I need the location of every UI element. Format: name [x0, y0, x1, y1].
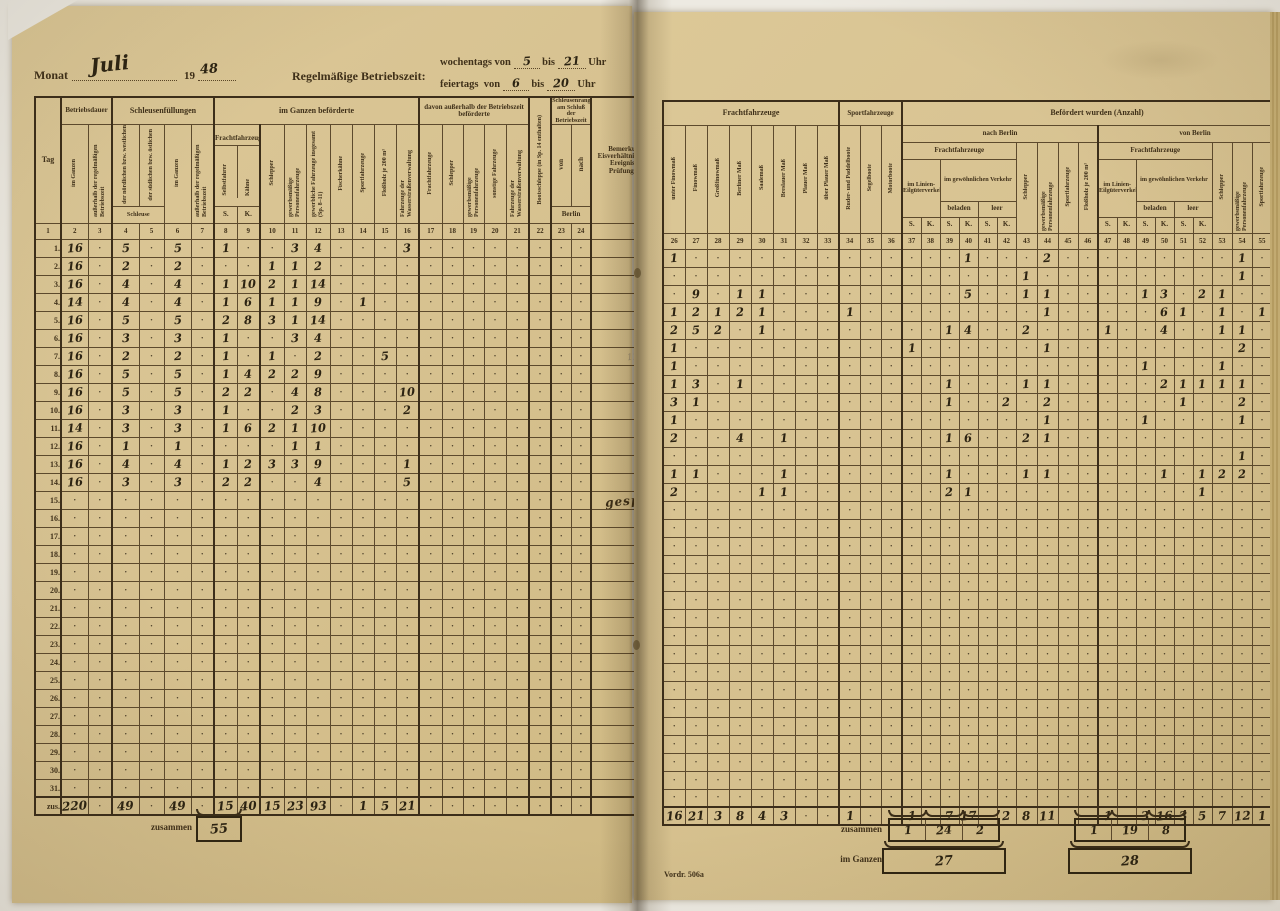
table-cell: · — [1193, 339, 1212, 357]
table-cell: 1 — [959, 483, 978, 501]
handwritten-value: · — [429, 495, 432, 505]
table-cell: · — [773, 375, 795, 393]
table-cell: · — [112, 509, 139, 527]
col-header-betrieb-im-ganzen: im Ganzen — [61, 125, 88, 224]
subgroup-von-fracht: Frachtfahrzeuge — [1098, 142, 1212, 159]
table-cell: · — [88, 419, 112, 437]
handwritten-value: · — [1125, 595, 1128, 605]
handwritten-value: · — [760, 541, 763, 551]
table-cell: · — [396, 257, 419, 275]
table-cell: · — [860, 249, 881, 267]
handwritten-value: · — [1182, 775, 1185, 785]
table-cell: · — [164, 563, 191, 581]
table-cell: · — [237, 545, 260, 563]
handwritten-value: · — [1005, 415, 1008, 425]
table-cell: 1 — [352, 293, 374, 311]
handwritten-value: · — [804, 253, 807, 263]
handwritten-value: · — [948, 792, 951, 802]
handwritten-value: 1 — [1141, 287, 1150, 302]
handwritten-value: 4 — [314, 241, 323, 256]
table-cell: · — [729, 699, 751, 717]
table-cell: · — [484, 347, 506, 365]
handwritten-value: · — [1066, 271, 1069, 281]
handwritten-value: · — [176, 495, 179, 505]
table-cell: · — [551, 491, 571, 509]
handwritten-value: · — [1046, 325, 1049, 335]
table-cell: 2 — [707, 321, 729, 339]
table-cell: 10 — [237, 275, 260, 293]
table-cell: · — [506, 347, 529, 365]
handwritten-value: · — [516, 369, 519, 379]
column-number: 48 — [1117, 233, 1136, 249]
handwritten-value: · — [429, 621, 432, 631]
handwritten-value: · — [317, 711, 320, 721]
table-cell: · — [396, 617, 419, 635]
handwritten-value: · — [1240, 721, 1243, 731]
table-cell: 1 — [1037, 303, 1058, 321]
table-cell: · — [419, 797, 442, 815]
handwritten-value: · — [516, 801, 519, 811]
handwritten-value: · — [673, 792, 676, 802]
handwritten-value: · — [247, 549, 250, 559]
table-cell: · — [374, 743, 396, 761]
handwritten-value: · — [826, 307, 829, 317]
handwritten-value: · — [340, 783, 343, 793]
handwritten-value: · — [201, 603, 204, 613]
table-row: 26.························ — [35, 689, 683, 707]
table-cell: · — [484, 365, 506, 383]
table-cell: · — [551, 455, 571, 473]
table-cell: · — [751, 627, 773, 645]
von-im-ganzen-value: 28 — [1120, 853, 1139, 869]
table-cell: · — [1252, 771, 1272, 789]
table-cell: · — [1058, 627, 1078, 645]
handwritten-value: · — [1025, 685, 1028, 695]
handwritten-value: · — [150, 567, 153, 577]
table-row: ······························· — [663, 501, 1280, 519]
table-cell: · — [1117, 267, 1136, 285]
sum-brace-sk — [196, 809, 242, 816]
table-cell: · — [860, 339, 881, 357]
handwritten-value: 1 — [1238, 413, 1247, 428]
table-cell: · — [1252, 699, 1272, 717]
handwritten-value: 2 — [1160, 377, 1169, 392]
table-cell: · — [112, 689, 139, 707]
table-cell: · — [959, 771, 978, 789]
handwritten-value: 3 — [268, 457, 277, 472]
table-cell: · — [902, 429, 921, 447]
handwritten-value: · — [986, 343, 989, 353]
handwritten-value: 2 — [1238, 467, 1247, 482]
table-cell: · — [1193, 753, 1212, 771]
table-cell: · — [685, 771, 707, 789]
table-cell: · — [1098, 591, 1117, 609]
table-cell: · — [663, 555, 685, 573]
table-cell: · — [1136, 771, 1155, 789]
handwritten-value: · — [340, 441, 343, 451]
von-label-2: von — [484, 79, 500, 90]
table-cell: · — [139, 401, 164, 419]
table-cell: · — [419, 419, 442, 437]
table-cell: · — [860, 717, 881, 735]
handwritten-value: · — [1144, 685, 1147, 695]
handwritten-value: · — [429, 279, 432, 289]
table-row: 1······················1···1··5 — [663, 357, 1280, 375]
table-row: ······························· — [663, 519, 1280, 537]
handwritten-value: 2 — [268, 367, 277, 382]
handwritten-value: · — [150, 693, 153, 703]
handwritten-value: · — [1125, 613, 1128, 623]
handwritten-value: · — [1260, 487, 1263, 497]
handwritten-value: · — [986, 613, 989, 623]
col-header-von-linienverkehr: im Linien-Eilgüterverkehr — [1098, 159, 1136, 217]
table-cell: · — [374, 509, 396, 527]
handwritten-value: · — [247, 765, 250, 775]
handwritten-value: · — [1163, 361, 1166, 371]
table-cell: · — [1174, 717, 1193, 735]
table-cell: 1 — [1016, 267, 1037, 285]
handwritten-value: · — [150, 549, 153, 559]
column-number: 43 — [1016, 233, 1037, 249]
table-cell: · — [1193, 555, 1212, 573]
handwritten-value: · — [98, 279, 101, 289]
table-cell: · — [729, 753, 751, 771]
scanned-logbook-photo: { "header": { "monat_label": "Monat", "m… — [0, 0, 1280, 911]
handwritten-value: 1 — [1179, 395, 1188, 410]
handwritten-value: · — [340, 495, 343, 505]
table-cell: · — [352, 437, 374, 455]
handwritten-value: · — [472, 621, 475, 631]
handwritten-value: · — [694, 487, 697, 497]
handwritten-value: · — [247, 657, 250, 667]
handwritten-value: · — [1066, 289, 1069, 299]
handwritten-value: · — [826, 289, 829, 299]
handwritten-value: 1 — [291, 277, 300, 292]
table-cell: · — [571, 545, 591, 563]
table-cell: · — [1037, 483, 1058, 501]
table-cell: · — [330, 509, 352, 527]
table-cell: · — [1212, 753, 1232, 771]
table-cell: · — [1193, 771, 1212, 789]
table-cell: 2 — [214, 473, 237, 491]
table-cell: · — [463, 509, 484, 527]
handwritten-value: · — [738, 451, 741, 461]
table-cell: 2 — [237, 455, 260, 473]
table-cell: · — [352, 401, 374, 419]
handwritten-value: · — [494, 477, 497, 487]
handwritten-value: · — [362, 693, 365, 703]
table-cell: · — [978, 411, 997, 429]
handwritten-value: · — [560, 603, 563, 613]
table-cell: · — [940, 303, 959, 321]
handwritten-value: · — [986, 307, 989, 317]
table-cell: · — [881, 699, 902, 717]
handwritten-value: 2 — [1218, 467, 1227, 482]
table-cell: · — [571, 527, 591, 545]
table-cell: · — [707, 465, 729, 483]
handwritten-value: · — [472, 711, 475, 721]
handwritten-value: · — [176, 693, 179, 703]
handwritten-value: · — [1005, 325, 1008, 335]
column-number: 10 — [260, 223, 284, 239]
table-cell: · — [396, 275, 419, 293]
handwritten-value: · — [948, 685, 951, 695]
table-cell: · — [352, 653, 374, 671]
table-row: 15.·······················gesperrt — [35, 491, 683, 509]
handwritten-value: · — [1240, 649, 1243, 659]
handwritten-value: · — [176, 675, 179, 685]
table-cell: · — [1193, 303, 1212, 321]
table-row: 17.························ — [35, 527, 683, 545]
handwritten-value: · — [472, 261, 475, 271]
handwritten-value: · — [910, 649, 913, 659]
table-cell: · — [396, 437, 419, 455]
table-cell: · — [284, 563, 306, 581]
table-cell: · — [1117, 735, 1136, 753]
table-cell: · — [707, 375, 729, 393]
handwritten-value: · — [929, 469, 932, 479]
handwritten-value: · — [826, 469, 829, 479]
handwritten-value: · — [716, 469, 719, 479]
table-cell: · — [959, 645, 978, 663]
handwritten-value: · — [472, 801, 475, 811]
table-cell: · — [506, 437, 529, 455]
handwritten-value: · — [804, 469, 807, 479]
handwritten-value: · — [317, 603, 320, 613]
handwritten-value: · — [1240, 775, 1243, 785]
table-cell: · — [529, 725, 551, 743]
handwritten-value: · — [224, 513, 227, 523]
handwritten-value: · — [986, 703, 989, 713]
handwritten-value: · — [869, 811, 872, 821]
table-cell: 1 — [773, 429, 795, 447]
table-cell: · — [484, 545, 506, 563]
handwritten-value: 1 — [758, 323, 767, 338]
table-row: 27.························ — [35, 707, 683, 725]
table-cell: · — [978, 303, 997, 321]
table-cell: · — [940, 249, 959, 267]
table-cell: 1 — [1136, 411, 1155, 429]
handwritten-value: · — [1125, 577, 1128, 587]
table-cell: · — [1174, 771, 1193, 789]
handwritten-value: · — [890, 307, 893, 317]
handwritten-value: · — [539, 531, 542, 541]
table-cell: · — [139, 581, 164, 599]
handwritten-value: · — [451, 639, 454, 649]
table-cell: · — [191, 617, 214, 635]
handwritten-value: · — [124, 747, 127, 757]
handwritten-value: · — [1182, 271, 1185, 281]
table-cell: · — [139, 311, 164, 329]
handwritten-value: · — [406, 657, 409, 667]
handwritten-value: · — [929, 757, 932, 767]
handwritten-value: · — [362, 369, 365, 379]
handwritten-value: · — [1066, 541, 1069, 551]
table-cell: 1 — [1232, 447, 1252, 465]
col-header-segelboote: Segelboote — [860, 125, 881, 233]
table-cell: · — [1193, 321, 1212, 339]
table-cell: · — [419, 743, 442, 761]
table-cell: · — [1058, 357, 1078, 375]
handwritten-value: · — [1005, 667, 1008, 677]
table-cell: · — [442, 455, 463, 473]
table-cell: · — [881, 267, 902, 285]
table-cell: · — [997, 357, 1016, 375]
table-cell: 3 — [396, 239, 419, 257]
handwritten-value: · — [98, 333, 101, 343]
handwritten-value: · — [429, 261, 432, 271]
handwritten-value: 1 — [221, 403, 230, 418]
table-cell: · — [484, 275, 506, 293]
handwritten-value: · — [890, 289, 893, 299]
table-cell: · — [1136, 699, 1155, 717]
column-number: 23 — [551, 223, 571, 239]
handwritten-value: · — [1086, 487, 1089, 497]
handwritten-value: 2 — [173, 349, 182, 364]
handwritten-value: · — [1005, 703, 1008, 713]
handwritten-value: · — [579, 513, 582, 523]
table-cell: · — [921, 645, 940, 663]
handwritten-value: · — [967, 397, 970, 407]
handwritten-value: · — [760, 343, 763, 353]
handwritten-value: · — [451, 747, 454, 757]
column-number: 47 — [1098, 233, 1117, 249]
handwritten-value: · — [1046, 631, 1049, 641]
handwritten-value: 1 — [221, 241, 230, 256]
col-header-nach-flossholz: Floßholz je 200 m³ — [1078, 142, 1098, 233]
table-cell: · — [463, 419, 484, 437]
table-cell: 1 — [1174, 375, 1193, 393]
table-cell: · — [164, 581, 191, 599]
handwritten-value: · — [539, 423, 542, 433]
table-cell: 5 — [374, 347, 396, 365]
table-cell: · — [419, 599, 442, 617]
handwritten-value: · — [384, 423, 387, 433]
handwritten-value: · — [869, 703, 872, 713]
table-cell: · — [1098, 483, 1117, 501]
table-cell: · — [191, 689, 214, 707]
table-cell: · — [306, 707, 330, 725]
table-cell: · — [1037, 609, 1058, 627]
table-cell: · — [751, 591, 773, 609]
table-cell: · — [817, 465, 839, 483]
table-cell: · — [442, 401, 463, 419]
handwritten-value: · — [150, 585, 153, 595]
handwritten-value: · — [340, 549, 343, 559]
table-cell: · — [881, 789, 902, 807]
brace-51-52 — [1148, 810, 1186, 817]
table-cell: · — [191, 257, 214, 275]
handwritten-value: · — [1182, 649, 1185, 659]
table-cell: · — [330, 473, 352, 491]
table-row: 23.························ — [35, 635, 683, 653]
handwritten-value: · — [1106, 271, 1109, 281]
table-cell: · — [1078, 483, 1098, 501]
table-cell: · — [61, 671, 88, 689]
handwritten-value: · — [1182, 361, 1185, 371]
handwritten-value: · — [1240, 361, 1243, 371]
table-cell: · — [1155, 357, 1174, 375]
table-cell: · — [88, 707, 112, 725]
handwritten-value: · — [560, 639, 563, 649]
table-cell: · — [260, 635, 284, 653]
table-cell: · — [1155, 555, 1174, 573]
table-cell: · — [1232, 681, 1252, 699]
handwritten-value: · — [986, 433, 989, 443]
handwritten-value: · — [560, 351, 563, 361]
handwritten-value: · — [1046, 487, 1049, 497]
table-cell: 16 — [61, 473, 88, 491]
handwritten-value: 1 — [1141, 413, 1150, 428]
table-cell: · — [1016, 303, 1037, 321]
table-cell: · — [707, 627, 729, 645]
group-header-befoerdert-wurden: Befördert wurden (Anzahl) — [902, 101, 1280, 125]
handwritten-value: 2 — [244, 475, 253, 490]
handwritten-value: · — [890, 613, 893, 623]
table-cell: · — [795, 501, 817, 519]
handwritten-value: · — [224, 711, 227, 721]
handwritten-value: · — [317, 549, 320, 559]
handwritten-value: 5 — [403, 475, 412, 490]
handwritten-value: · — [869, 451, 872, 461]
handwritten-value: · — [1182, 613, 1185, 623]
handwritten-value: · — [738, 775, 741, 785]
handwritten-value: · — [694, 523, 697, 533]
handwritten-value: · — [848, 775, 851, 785]
handwritten-value: · — [98, 513, 101, 523]
table-cell: · — [817, 717, 839, 735]
k-label: K. — [237, 206, 260, 223]
table-cell: · — [191, 239, 214, 257]
handwritten-value: · — [1086, 703, 1089, 713]
handwritten-value: · — [1125, 469, 1128, 479]
handwritten-value: · — [804, 685, 807, 695]
handwritten-value: · — [848, 505, 851, 515]
table-cell: · — [959, 591, 978, 609]
table-cell: · — [529, 311, 551, 329]
handwritten-value: · — [948, 559, 951, 569]
handwritten-value: 2 — [268, 421, 277, 436]
handwritten-value: · — [1163, 451, 1166, 461]
table-cell: 2 — [1037, 393, 1058, 411]
handwritten-value: · — [150, 243, 153, 253]
handwritten-value: · — [1025, 253, 1028, 263]
table-cell: · — [284, 635, 306, 653]
handwritten-value: · — [539, 387, 542, 397]
handwritten-value: · — [150, 765, 153, 775]
table-cell: · — [396, 761, 419, 779]
handwritten-value: · — [738, 505, 741, 515]
handwritten-value: · — [1086, 559, 1089, 569]
handwritten-value: · — [890, 649, 893, 659]
handwritten-value: · — [1046, 559, 1049, 569]
handwritten-value: · — [948, 271, 951, 281]
day-label: 28. — [35, 725, 61, 743]
table-cell: · — [921, 717, 940, 735]
table-cell: · — [1174, 699, 1193, 717]
table-cell: · — [442, 437, 463, 455]
table-cell: · — [707, 573, 729, 591]
table-cell: 9 — [685, 285, 707, 303]
handwritten-value: 14 — [310, 313, 327, 328]
table-cell: · — [396, 671, 419, 689]
table-cell: · — [1078, 393, 1098, 411]
handwritten-value: 14 — [310, 277, 327, 292]
handwritten-value: · — [472, 657, 475, 667]
table-cell: · — [352, 311, 374, 329]
handwritten-value: · — [967, 379, 970, 389]
handwritten-value: · — [1220, 685, 1223, 695]
